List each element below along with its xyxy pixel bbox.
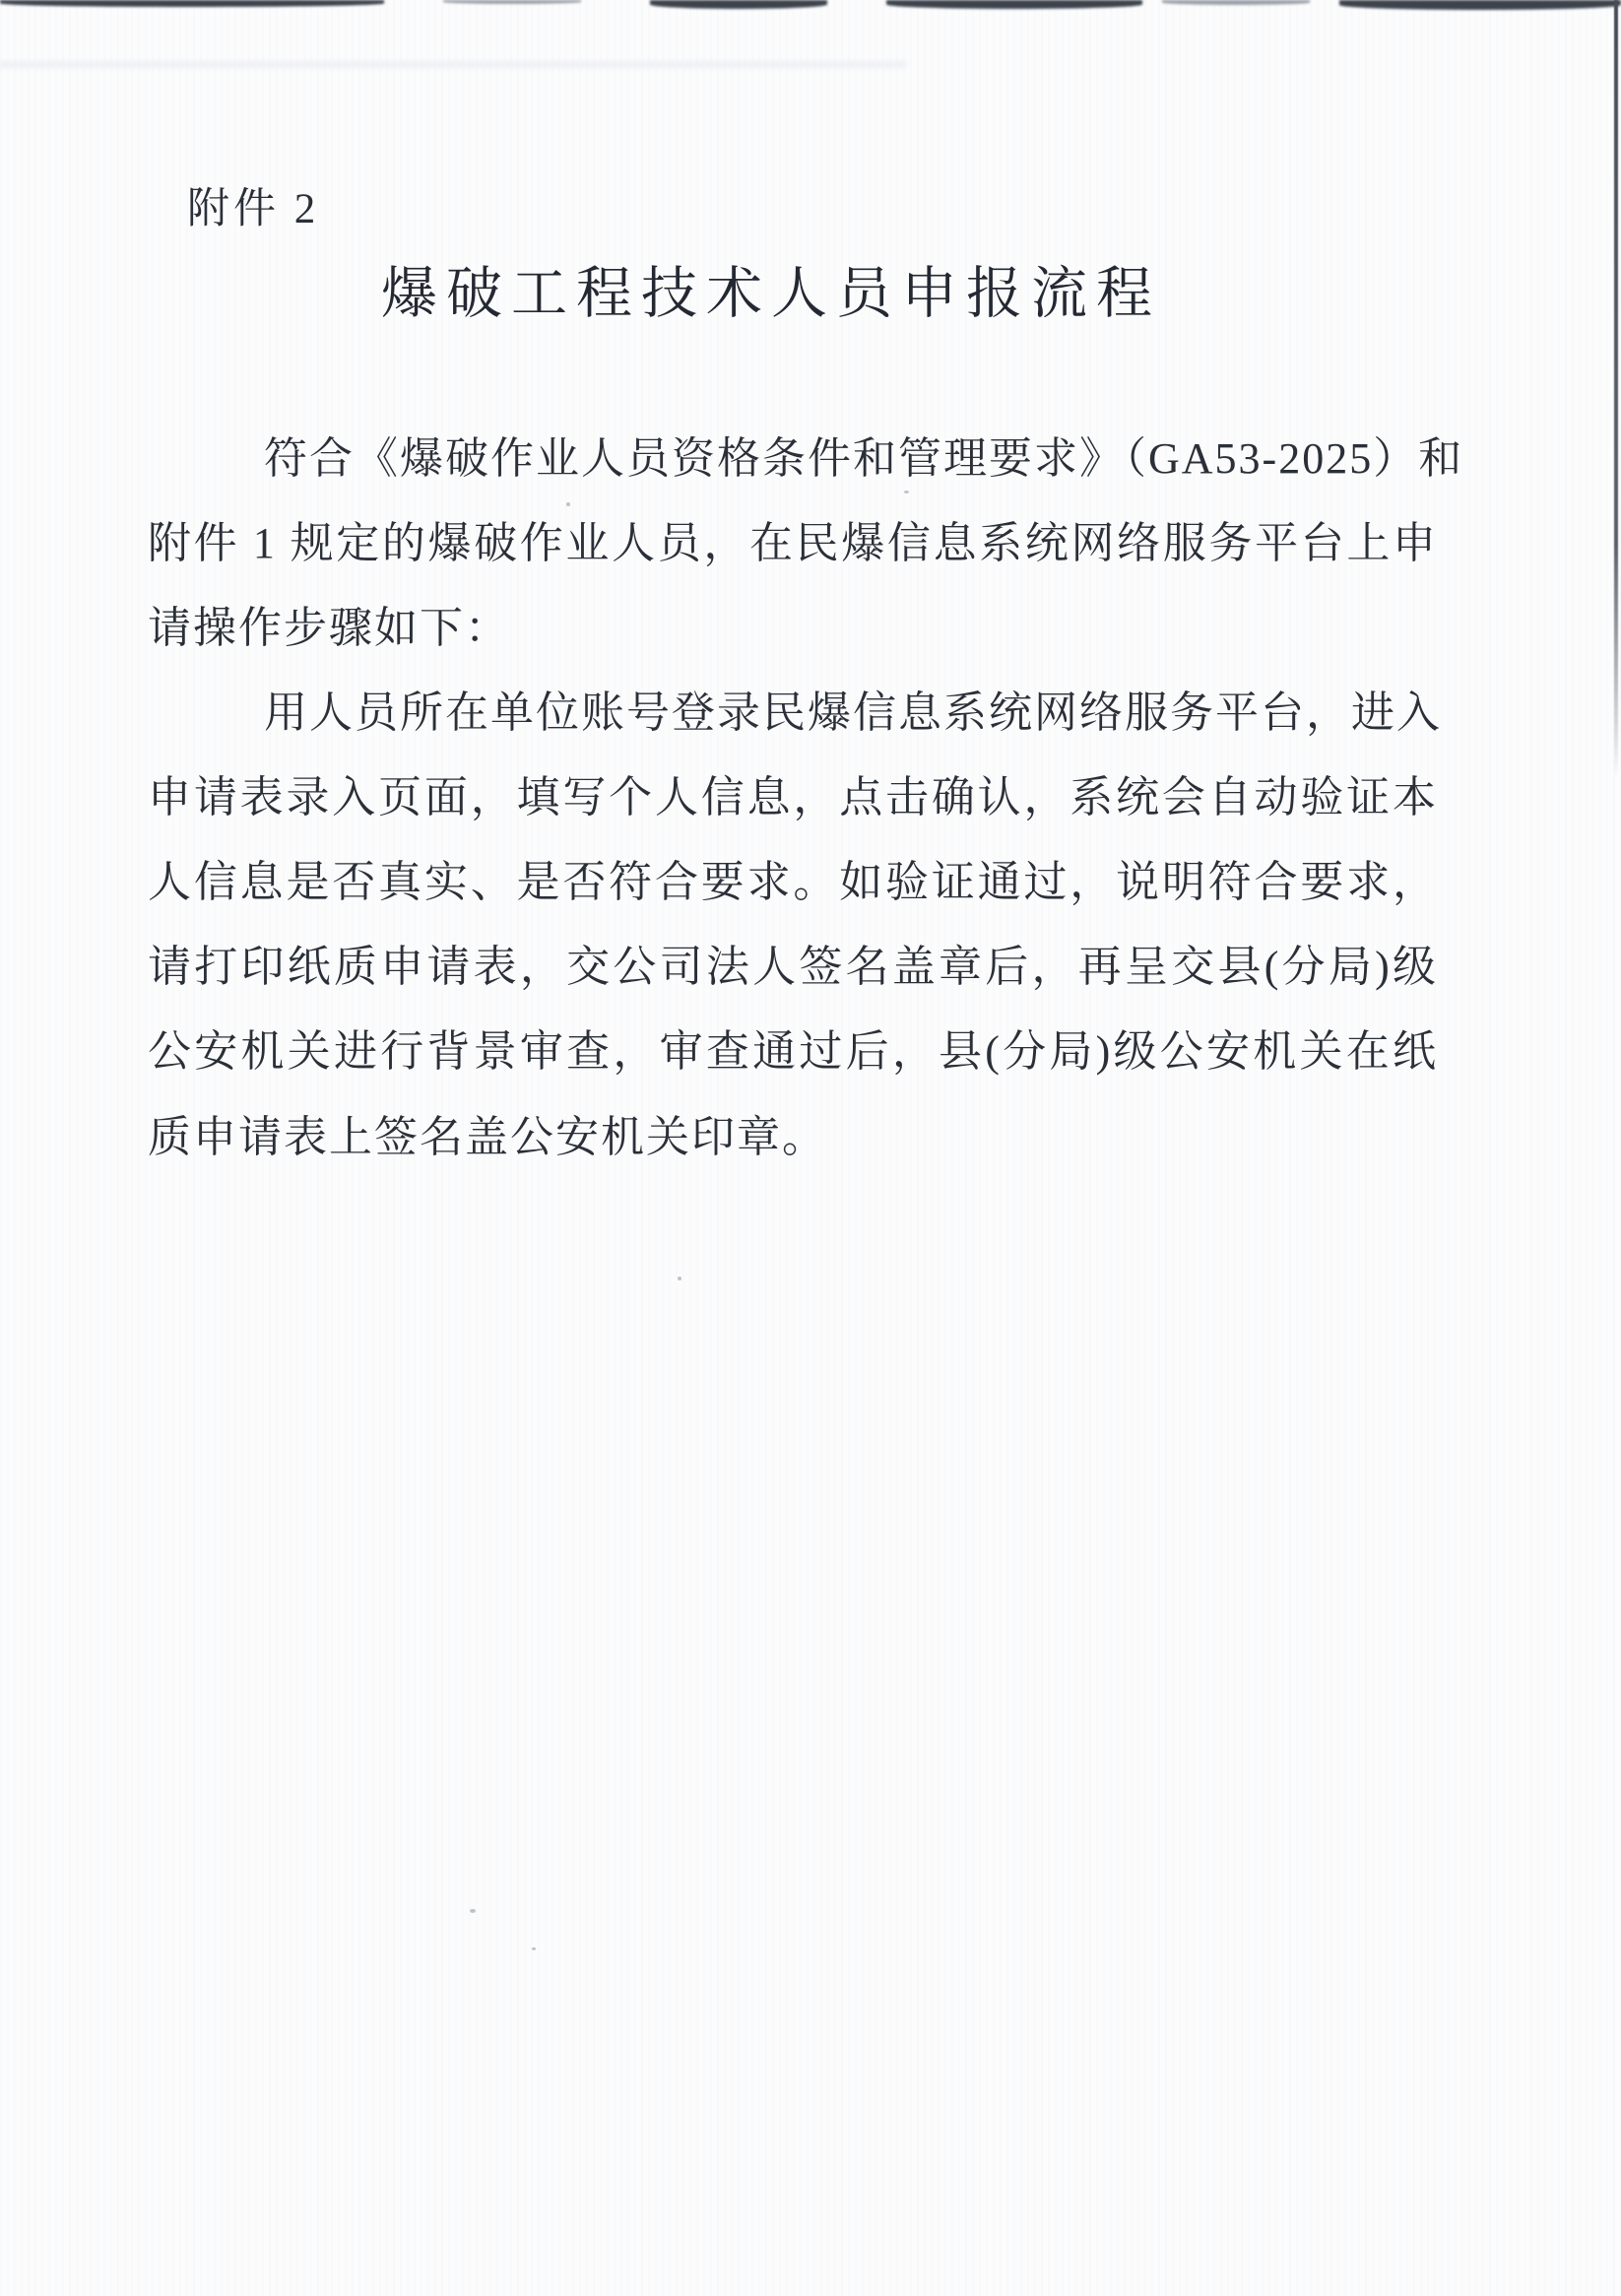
scan-artifact-top <box>0 0 384 7</box>
body-line: 公安机关进行背景审查，审查通过后，县(分局)级公安机关在纸 <box>148 1026 1438 1078</box>
body-line: 申请表录入页面，填写个人信息，点击确认，系统会自动验证本 <box>148 772 1438 823</box>
attachment-label: 附件 2 <box>187 175 319 235</box>
scan-artifact-top <box>1162 0 1310 5</box>
document-title: 爆破工程技术人员申报流程 <box>126 248 1416 329</box>
body-line: 人信息是否真实、是否符合要求。如验证通过，说明符合要求， <box>148 857 1438 908</box>
scan-speck <box>470 1909 476 1913</box>
body-line: 请打印纸质申请表，交公司法人签名盖章后，再呈交县(分局)级 <box>148 942 1438 993</box>
document-page: 附件 2 爆破工程技术人员申报流程 符合《爆破作业人员资格条件和管理要求》（GA… <box>0 0 1621 2296</box>
body-line: 质申请表上签名盖公安机关印章。 <box>148 1112 1438 1163</box>
scan-speck <box>678 1277 681 1280</box>
scan-artifact-right-edge <box>1614 0 1618 778</box>
body-line: 请操作步骤如下： <box>148 603 1438 654</box>
scan-speck <box>566 502 570 506</box>
body-line: 附件 1 规定的爆破作业人员，在民爆信息系统网络服务平台上申 <box>148 518 1438 569</box>
body-line: 用人员所在单位账号登录民爆信息系统网络服务平台，进入 <box>148 688 1438 739</box>
scan-artifact-top <box>886 0 1142 9</box>
scan-streak <box>0 61 906 68</box>
scan-artifact-top <box>443 0 581 4</box>
scan-artifact-top <box>650 0 827 9</box>
scan-speck <box>532 1947 536 1950</box>
scan-speck <box>904 491 909 493</box>
body-line: 符合《爆破作业人员资格条件和管理要求》（GA53-2025）和 <box>148 433 1438 485</box>
scan-artifact-top <box>1339 0 1621 10</box>
